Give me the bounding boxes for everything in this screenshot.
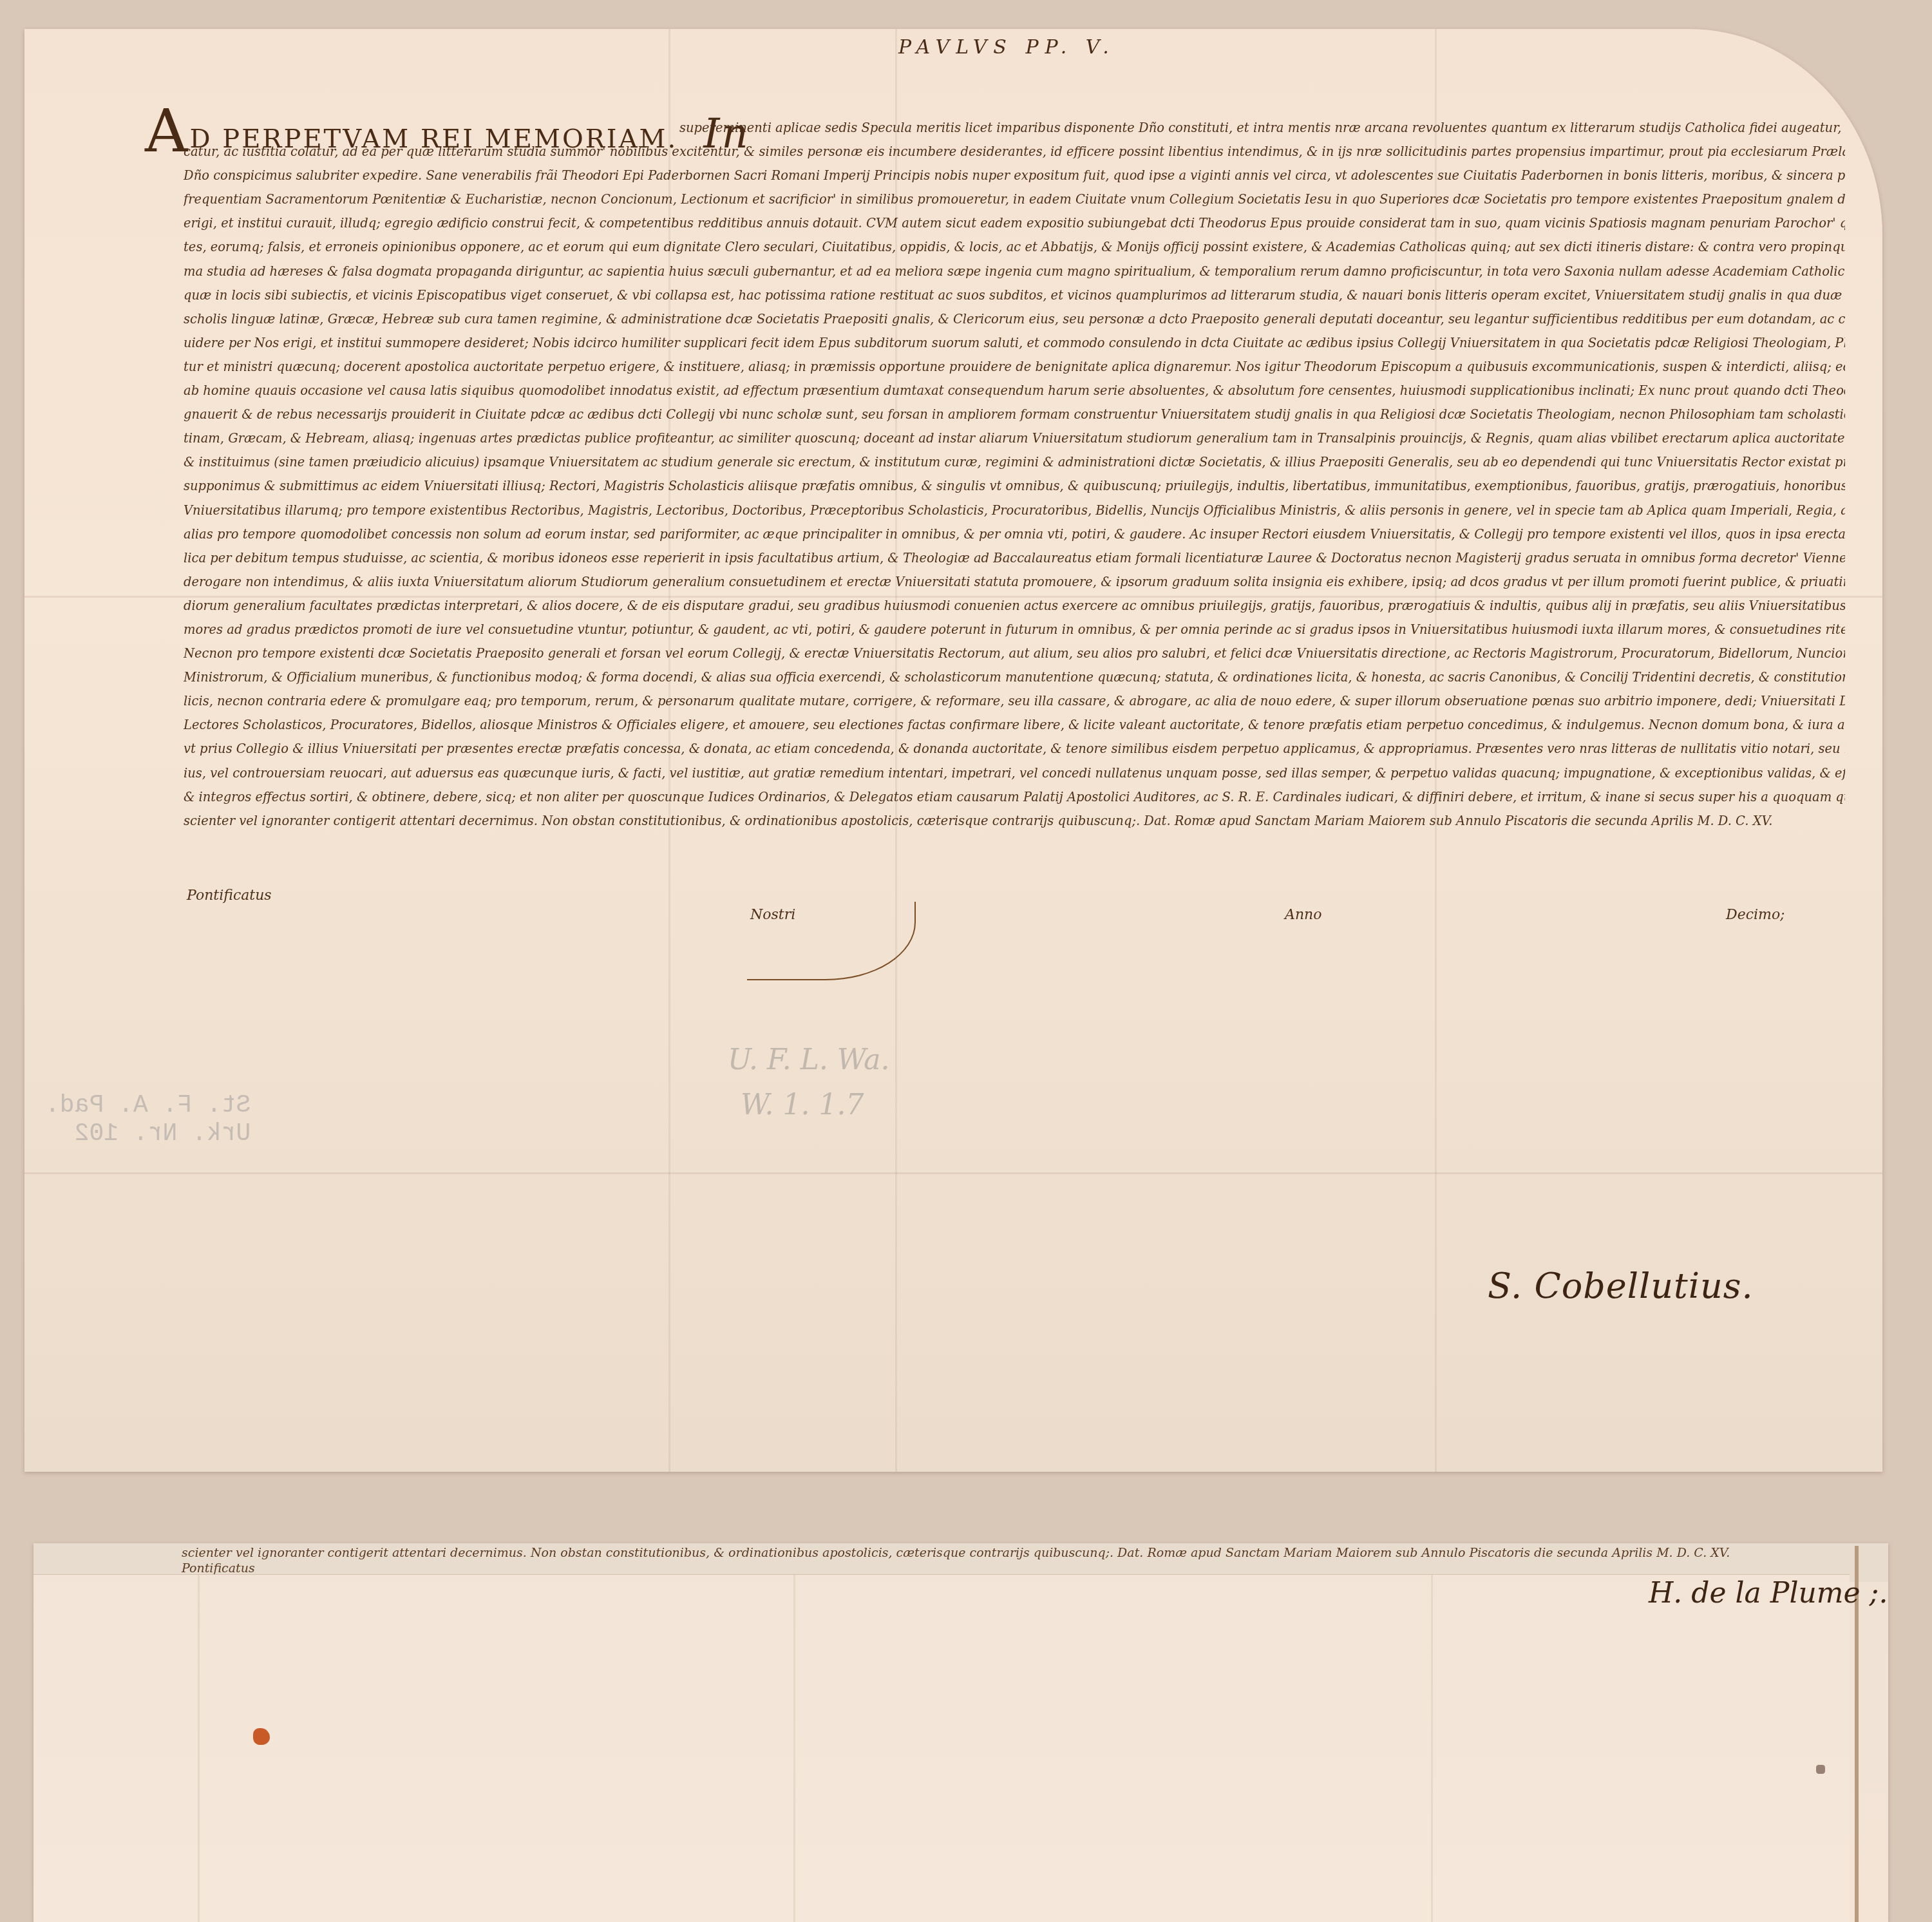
body-line: erigi, et institui curauit, illudq; egre…	[184, 211, 1845, 235]
body-line: vt prius Collegio & illius Vniuersitati …	[184, 737, 1845, 761]
body-line: tes, eorumq; falsis, et erroneis opinion…	[184, 235, 1845, 259]
body-line: diorum generalium facultates prædictas i…	[184, 594, 1845, 618]
body-line: & instituimus (sine tamen præiudicio ali…	[184, 450, 1845, 474]
red-wax-stain	[253, 1728, 270, 1745]
faint-note: W. 1. 1.7	[741, 1089, 864, 1121]
archive-stamp: St. F. A. Pad. Urk. Nr. 102	[45, 1092, 251, 1148]
body-line: ab homine quauis occasione vel causa lat…	[184, 379, 1845, 403]
body-line: supereminenti aplicae sedis Specula meri…	[184, 116, 1845, 140]
body-line: licis, necnon contraria edere & promulga…	[184, 689, 1845, 713]
archive-stamp-line: Urk. Nr. 102	[45, 1120, 251, 1148]
body-line: mores ad gradus prædictos promoti de iur…	[184, 618, 1845, 642]
body-line: quæ in locis sibi subiectis, et vicinis …	[184, 283, 1845, 307]
closing-anno: Anno	[1285, 907, 1321, 923]
closing-pontificatus: Pontificatus	[187, 888, 272, 904]
body-line: frequentiam Sacramentorum Pœnitentiæ & E…	[184, 187, 1845, 211]
body-line: gnauerit & de rebus necessarijs prouider…	[184, 403, 1845, 426]
closing-decimo: Decimo;	[1726, 907, 1785, 923]
body-line: catur, ac iustitia colatur, ad ea per qu…	[184, 140, 1845, 164]
fold-line	[793, 1575, 795, 1922]
fold-line	[1431, 1575, 1433, 1922]
body-line: tur et ministri quæcunq; docerent aposto…	[184, 355, 1845, 379]
ink-speck	[1816, 1765, 1825, 1774]
body-line: scholis linguæ latinæ, Græcæ, Hebreæ sub…	[184, 307, 1845, 331]
body-line: ius, vel controuersiam reuocari, aut adu…	[184, 761, 1845, 785]
document-body: supereminenti aplicae sedis Specula meri…	[184, 116, 1845, 833]
body-line: Lectores Scholasticos, Procuratores, Bid…	[184, 713, 1845, 737]
band-text-line: scienter vel ignoranter contigerit atten…	[182, 1546, 1730, 1560]
band-text-line: Pontificatus	[182, 1561, 255, 1575]
body-line: Vniuersitatibus illarumq; pro tempore ex…	[184, 499, 1845, 522]
body-line: derogare non intendimus, & aliis iuxta V…	[184, 570, 1845, 594]
body-line: tinam, Græcam, & Hebream, aliasq; ingenu…	[184, 426, 1845, 450]
body-line: Dño conspicimus salubriter expedire. San…	[184, 164, 1845, 187]
plica-flap	[33, 1574, 1850, 1922]
body-line: ma studia ad hæreses & falsa dogmata pro…	[184, 260, 1845, 283]
fold-line	[198, 1575, 200, 1922]
signature-cobellutius: S. Cobellutius.	[1488, 1266, 1754, 1306]
archive-stamp-line: St. F. A. Pad.	[45, 1092, 251, 1120]
body-line: uidere per Nos erigi, et institui summop…	[184, 331, 1845, 355]
body-line: scienter vel ignoranter contigerit atten…	[184, 809, 1845, 833]
body-line: lica per debitum tempus studuisse, ac sc…	[184, 546, 1845, 570]
body-line: & integros effectus sortiri, & obtinere,…	[184, 785, 1845, 809]
faint-note: U. F. L. Wa.	[728, 1043, 889, 1076]
document-title: PAVLVS PP. V.	[898, 36, 1115, 59]
body-line: alias pro tempore quomodolibet concessis…	[184, 522, 1845, 546]
body-line: Ministrorum, & Officialium muneribus, & …	[184, 665, 1845, 689]
fold-line	[24, 1172, 1882, 1174]
body-line: supponimus & submittimus ac eidem Vniuer…	[184, 474, 1845, 498]
parchment-bottom-sheet: scienter vel ignoranter contigerit atten…	[33, 1543, 1888, 1922]
signature-de-la-plume: H. de la Plume ;.	[1649, 1577, 1888, 1610]
body-line: Necnon pro tempore existenti dcæ Societa…	[184, 642, 1845, 665]
